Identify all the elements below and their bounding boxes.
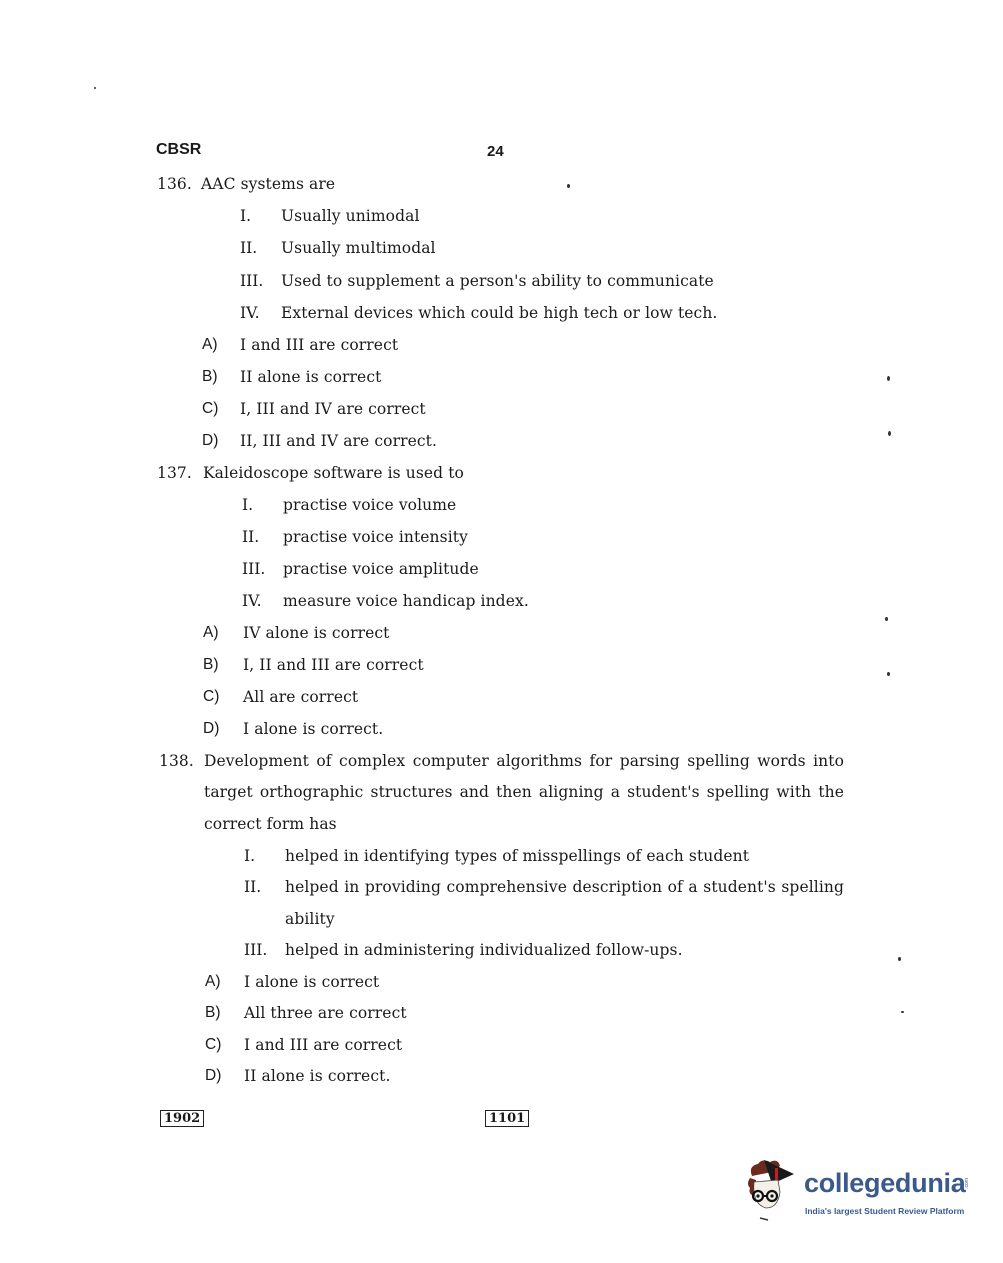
statement-number: II. [244,878,261,896]
statement-text-continued: ability [285,910,335,928]
scan-speck [898,957,901,961]
statement-text: measure voice handicap index. [283,592,529,610]
option-text: IV alone is correct [243,624,390,642]
option-text: I alone is correct. [243,720,383,738]
question-text-line-2: target orthographic structures and then … [204,783,844,801]
statement-number: I. [242,496,253,514]
option-text: I and III are correct [244,1036,402,1054]
option-label: A) [205,973,221,991]
option-label: B) [203,656,219,674]
scan-speck [887,672,890,676]
brand-name: collegedunia [804,1168,965,1199]
statement-text: Usually unimodal [281,207,420,225]
question-text-line-3: correct form has [204,815,337,833]
scan-speck [885,617,888,621]
statement-number: III. [240,272,263,290]
statement-number: III. [242,560,265,578]
statement-number: IV. [242,592,262,610]
question-text-line-1: Development of complex computer algorith… [204,752,844,770]
scan-speck [901,1011,904,1013]
question-number: 137. [157,464,192,482]
option-label: C) [205,1036,221,1054]
option-label: D) [202,432,218,450]
statement-text: practise voice volume [283,496,456,514]
scan-speck [94,87,96,89]
option-label: C) [202,400,218,418]
question-text: Kaleidoscope software is used to [203,464,464,482]
option-text: I, III and IV are correct [240,400,426,418]
scan-speck [888,431,891,436]
exam-code-header: CBSR [156,141,201,159]
option-text: II, III and IV are correct. [240,432,437,450]
statement-text: helped in administering individualized f… [285,941,683,959]
statement-number: IV. [240,304,260,322]
option-text: II alone is correct [240,368,381,386]
statement-text: External devices which could be high tec… [281,304,717,322]
option-label: A) [202,336,218,354]
statement-text: practise voice intensity [283,528,468,546]
option-label: D) [205,1067,221,1085]
option-text: I alone is correct [244,973,379,991]
statement-number: I. [240,207,251,225]
question-number: 138. [159,752,194,770]
option-text: All three are correct [244,1004,407,1022]
page-number: 24 [487,143,504,160]
option-label: B) [202,368,218,386]
statement-number: III. [244,941,267,959]
scan-speck [567,184,570,188]
statement-text: Usually multimodal [281,239,436,257]
option-text: I, II and III are correct [243,656,424,674]
option-text: I and III are correct [240,336,398,354]
statement-text: helped in identifying types of misspelli… [285,847,749,865]
scan-speck [887,376,890,381]
option-label: C) [203,688,219,706]
footer-code-left: 1902 [160,1110,204,1127]
option-text: All are correct [243,688,358,706]
option-text: II alone is correct. [244,1067,390,1085]
option-label: D) [203,720,219,738]
option-label: A) [203,624,219,642]
statement-text: Used to supplement a person's ability to… [281,272,714,290]
option-label: B) [205,1004,221,1022]
statement-text: practise voice amplitude [283,560,479,578]
student-mascot-icon [742,1158,804,1224]
statement-number: II. [242,528,259,546]
brand-tagline: India's largest Student Review Platform [805,1206,964,1216]
question-number: 136. [157,175,192,193]
statement-number: II. [240,239,257,257]
collegedunia-watermark: collegedunia .com India's largest Studen… [742,1158,982,1228]
footer-code-center: 1101 [485,1110,529,1127]
statement-number: I. [244,847,255,865]
statement-text: helped in providing comprehensive descri… [285,878,844,896]
question-text: AAC systems are [201,175,335,193]
brand-domain-suffix: .com [964,1178,970,1189]
